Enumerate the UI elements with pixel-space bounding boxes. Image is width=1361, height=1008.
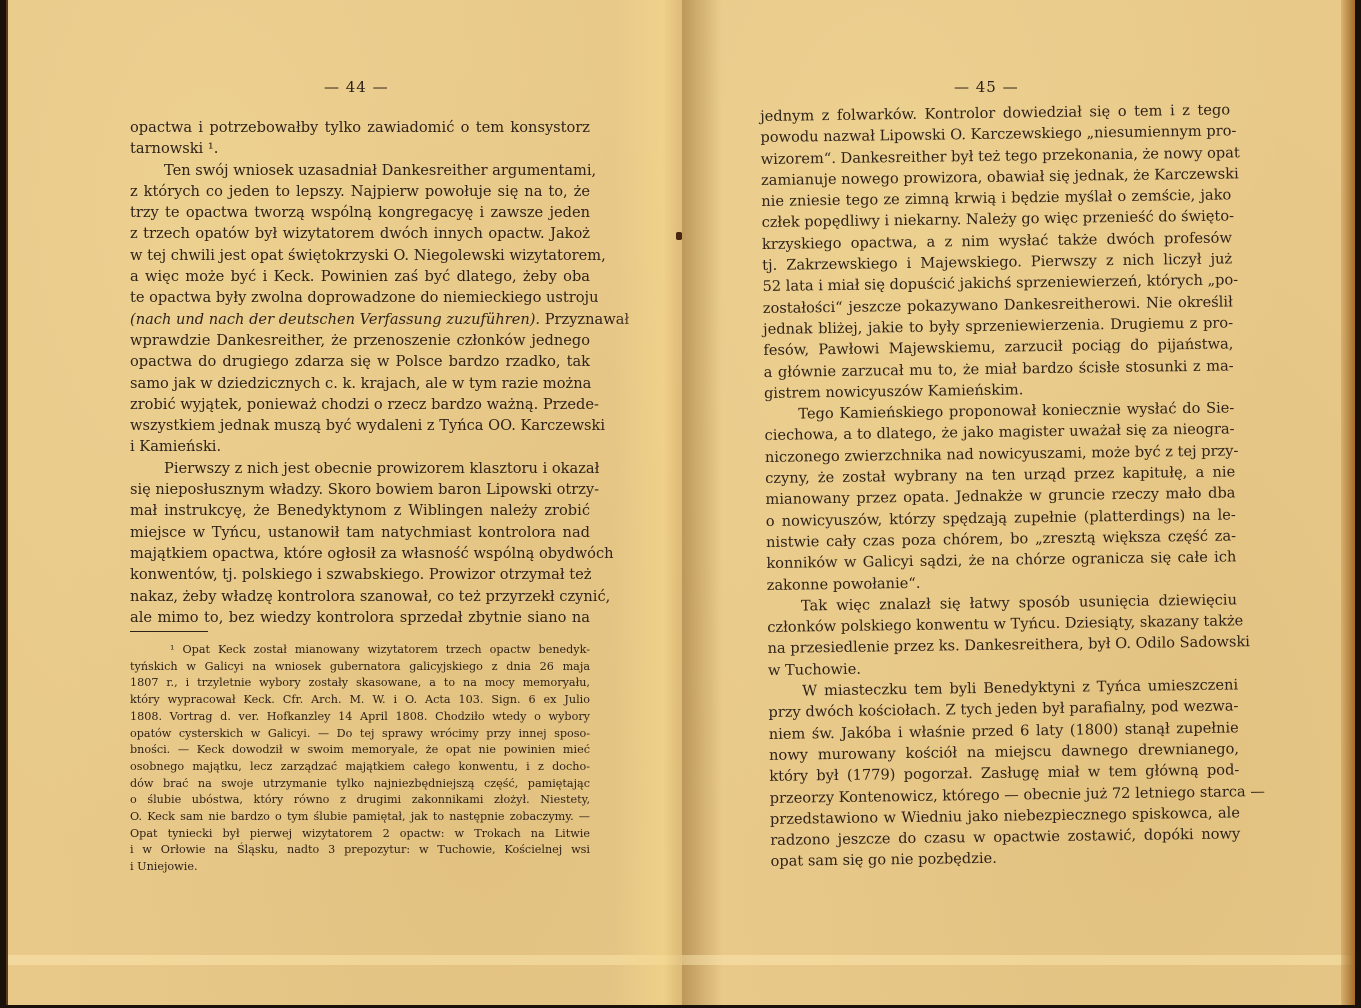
page-fold-band — [8, 955, 684, 965]
text-line: nakaz, żeby władzę kontrolora szanował, … — [130, 586, 590, 607]
text-line: z których co jeden to lepszy. Najpierw p… — [130, 181, 590, 202]
page-number-left: — 44 — — [324, 78, 389, 96]
right-page: — 45 — jednym z folwarków. Kontrolor dow… — [682, 0, 1355, 1005]
text-line: i Uniejowie. — [130, 859, 590, 876]
text-line: a więc może być i Keck. Powinien zaś być… — [130, 266, 590, 287]
italic-german-phrase: (nach und nach der deutschen Verfassung … — [130, 311, 540, 328]
left-page: — 44 — opactwa i potrzebowałby tylko zaw… — [6, 0, 684, 1005]
book-spread: — 44 — opactwa i potrzebowałby tylko zaw… — [0, 0, 1361, 1008]
text-line: opactwa do drugiego zdarza się w Polsce … — [130, 351, 590, 372]
text-line: ¹ Opat Keck został mianowany wizytatorem… — [130, 642, 590, 659]
text-line: opactwa i potrzebowałby tylko zawiadomić… — [130, 117, 590, 138]
text-line: i w Orłowie na Śląsku, nadto 3 prepozytu… — [130, 842, 590, 859]
text-line: te opactwa były zwolna doprowadzone do n… — [130, 287, 590, 308]
text-line: majątkiem opactwa, które ogłosił za włas… — [130, 543, 590, 564]
text-line: osobnego majątku, lecz zarządzać majątki… — [130, 759, 590, 776]
text-line: miejsce w Tyńcu, ustanowił tam natychmia… — [130, 522, 590, 543]
text-line: Opat tyniecki był pierwej wizytatorem 2 … — [130, 826, 590, 843]
left-page-body-text: opactwa i potrzebowałby tylko zawiadomić… — [130, 117, 590, 628]
text-line: opatów cysterskich w Galicyi. — Do tej s… — [130, 726, 590, 743]
text-line: wszystkiem jednak muszą być wydaleni z T… — [130, 415, 590, 436]
text-line: 1808. Vortrag d. ver. Hofkanzley 14 Apri… — [130, 709, 590, 726]
text-line: dów brać na swoje utrzymanie tylko najni… — [130, 776, 590, 793]
text-line: z trzech opatów był wizytatorem dwóch in… — [130, 223, 590, 244]
text-line: (nach und nach der deutschen Verfassung … — [130, 309, 590, 330]
footnote: ¹ Opat Keck został mianowany wizytatorem… — [130, 642, 590, 876]
paper-blemish — [676, 232, 682, 240]
text-line: O. Keck sam nie bardzo o tym ślubie pami… — [130, 809, 590, 826]
page-number-right: — 45 — — [954, 78, 1019, 96]
text-line: w tej chwili jest opat świętokrzyski O. … — [130, 245, 590, 266]
text-line: Ten swój wniosek uzasadniał Dankesreithe… — [130, 160, 590, 181]
text-line: trzy te opactwa tworzą wspólną kongregac… — [130, 202, 590, 223]
text-line: samo jak w dziedzicznych c. k. krajach, … — [130, 373, 590, 394]
text-line: tyńskich w Galicyi na wniosek gubernator… — [130, 659, 590, 676]
text-line: tarnowski ¹. — [130, 138, 590, 159]
text-line: konwentów, tj. polskiego i szwabskiego. … — [130, 564, 590, 585]
footnote-separator — [130, 631, 208, 632]
right-page-body-text: jednym z folwarków. Kontrolor dowiedział… — [760, 99, 1241, 872]
text-line: o ślubie ubóstwa, który równo z drugimi … — [130, 792, 590, 809]
text-line: ale mimo to, bez wiedzy kontrolora sprze… — [130, 607, 590, 628]
text-line: mał instrukcyę, że Benedyktynom z Wiblin… — [130, 500, 590, 521]
text-line: 1807 r., i trzyletnie wybory zostały ska… — [130, 675, 590, 692]
text-line: wprawdzie Dankesreither, że przenoszenie… — [130, 330, 590, 351]
page-fold-band — [682, 955, 1355, 965]
text-line: zrobić wyjątek, ponieważ chodzi o rzecz … — [130, 394, 590, 415]
text-line: Pierwszy z nich jest obecnie prowizorem … — [130, 458, 590, 479]
text-line: się nieposłusznym władzy. Skoro bowiem b… — [130, 479, 590, 500]
text-line: bności. — Keck dowodził w swoim memoryal… — [130, 742, 590, 759]
text-line: i Kamieński. — [130, 436, 590, 457]
text-line: który wypracował Keck. Cfr. Arch. M. W. … — [130, 692, 590, 709]
